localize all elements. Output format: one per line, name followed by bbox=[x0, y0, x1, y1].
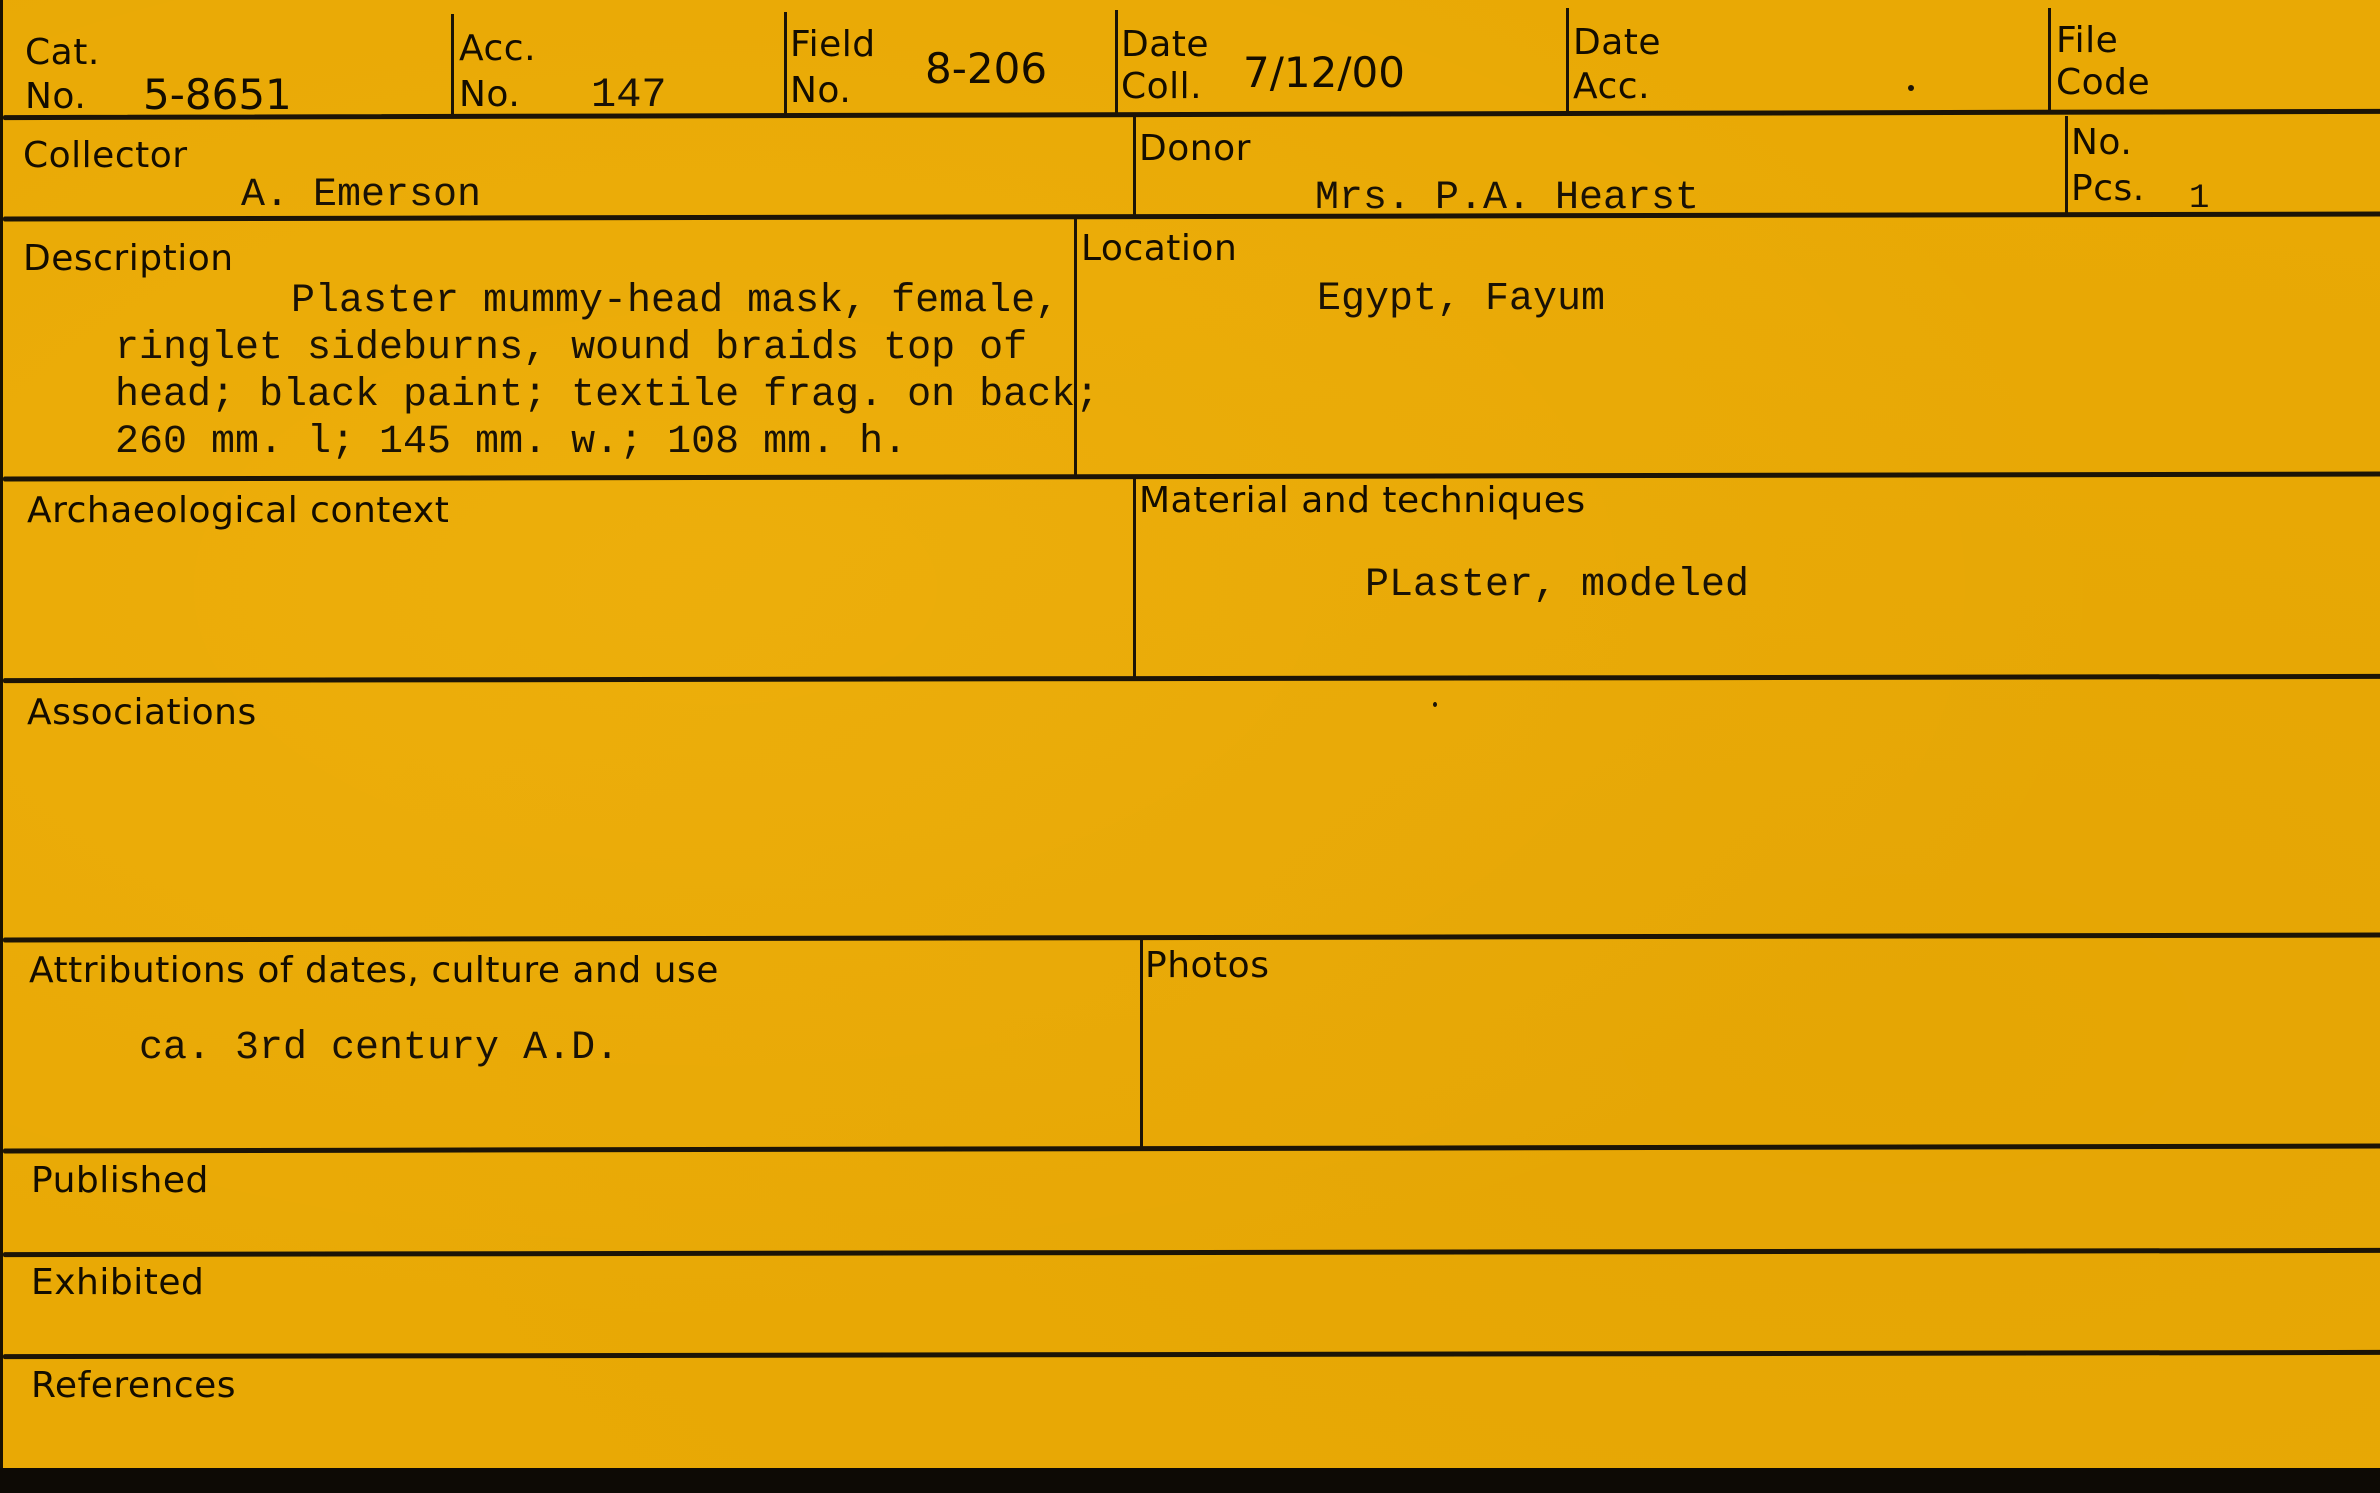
rule-exhibited-bottom bbox=[3, 1350, 2380, 1359]
date-coll-label-line2: Coll. bbox=[1121, 66, 1202, 107]
archaeological-context-label: Archaeological context bbox=[27, 490, 449, 531]
rule-attributions-bottom bbox=[3, 1144, 2380, 1154]
date-acc-label-line2: Acc. bbox=[1573, 66, 1650, 107]
divider-attributions-photos bbox=[1140, 938, 1143, 1148]
acc-no-value: 147 bbox=[591, 72, 667, 119]
acc-no-label-line2: No. bbox=[459, 74, 520, 115]
cat-no-value: 5-8651 bbox=[143, 70, 292, 119]
location-label: Location bbox=[1081, 228, 1237, 269]
description-line-1: Plaster mummy-head mask, female, bbox=[291, 278, 1059, 325]
divider-cat-acc bbox=[451, 14, 454, 116]
rule-header-bottom bbox=[3, 109, 2380, 120]
divider-collector-donor bbox=[1133, 116, 1136, 218]
donor-label: Donor bbox=[1139, 128, 1251, 169]
description-line-4: 260 mm. l; 145 mm. w.; 108 mm. h. bbox=[115, 419, 907, 466]
no-pcs-label-line2: Pcs. bbox=[2071, 168, 2145, 209]
divider-datecoll-dateacc bbox=[1566, 8, 1569, 116]
attributions-value: ca. 3rd century A.D. bbox=[139, 1025, 619, 1072]
collector-label: Collector bbox=[23, 135, 188, 176]
divider-context-material bbox=[1133, 478, 1136, 678]
divider-field-datecoll bbox=[1115, 10, 1118, 116]
exhibited-label: Exhibited bbox=[31, 1262, 204, 1303]
photos-label: Photos bbox=[1145, 945, 1269, 986]
cat-no-label-line1: Cat. bbox=[25, 32, 100, 73]
divider-dateacc-filecode bbox=[2048, 8, 2051, 114]
stray-mark bbox=[1433, 702, 1437, 707]
description-line-2: ringlet sideburns, wound braids top of bbox=[115, 325, 1027, 372]
field-no-value: 8-206 bbox=[925, 44, 1047, 93]
divider-description-location bbox=[1074, 218, 1077, 476]
references-label: References bbox=[31, 1365, 236, 1406]
associations-label: Associations bbox=[27, 692, 257, 733]
scan-bottom-edge bbox=[0, 1468, 2380, 1493]
file-code-label-line2: Code bbox=[2056, 62, 2150, 103]
published-label: Published bbox=[31, 1160, 209, 1201]
attributions-label: Attributions of dates, culture and use bbox=[29, 950, 719, 991]
date-coll-label-line1: Date bbox=[1121, 24, 1209, 65]
location-value: Egypt, Fayum bbox=[1317, 276, 1605, 323]
rule-associations-bottom bbox=[3, 933, 2380, 943]
no-pcs-label-line1: No. bbox=[2071, 122, 2132, 163]
rule-published-bottom bbox=[3, 1248, 2380, 1257]
divider-donor-pcs bbox=[2065, 116, 2068, 216]
material-techniques-label: Material and techniques bbox=[1139, 480, 1586, 521]
description-line-3: head; black paint; textile frag. on back… bbox=[115, 372, 1099, 419]
date-coll-value: 7/12/00 bbox=[1243, 48, 1405, 97]
cat-no-label-line2: No. bbox=[25, 76, 86, 117]
divider-acc-field bbox=[784, 12, 787, 116]
rule-context-bottom bbox=[3, 674, 2380, 683]
collector-value: A. Emerson bbox=[241, 172, 481, 219]
file-code-label-line1: File bbox=[2056, 20, 2118, 61]
no-pcs-value: 1 bbox=[2189, 176, 2209, 223]
catalog-card: Cat. No. 5-8651 Acc. No. 147 Field No. 8… bbox=[0, 0, 2380, 1470]
stray-mark bbox=[1908, 85, 1914, 91]
field-no-label-line1: Field bbox=[790, 24, 876, 65]
description-label: Description bbox=[23, 238, 234, 279]
date-acc-label-line1: Date bbox=[1573, 22, 1661, 63]
acc-no-label-line1: Acc. bbox=[459, 28, 536, 69]
donor-value: Mrs. P.A. Hearst bbox=[1315, 175, 1699, 222]
material-techniques-value: PLaster, modeled bbox=[1365, 562, 1749, 609]
field-no-label-line2: No. bbox=[790, 70, 851, 111]
